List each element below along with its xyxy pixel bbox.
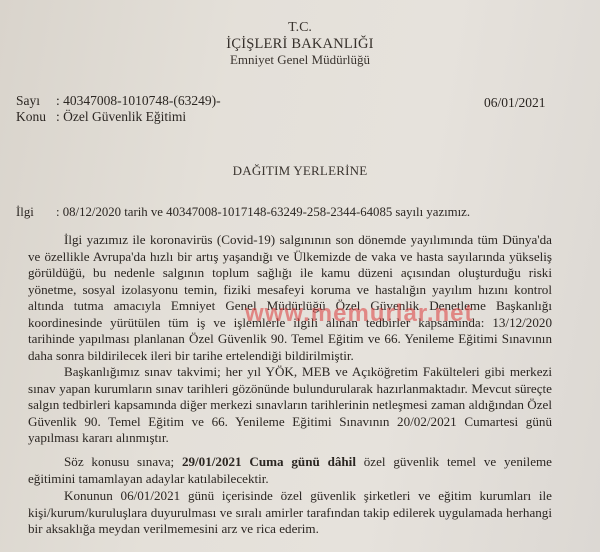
paragraph-3-text: Söz konusu sınava; 29/01/2021 Cuma günü … <box>28 454 552 487</box>
exam-eligibility-date: 29/01/2021 Cuma günü dâhil <box>182 454 356 469</box>
sayi-row: Sayı : 40347008-1010748-(63249)- <box>16 93 221 109</box>
sayi-label: Sayı <box>16 93 56 109</box>
document-meta: Sayı : 40347008-1010748-(63249)- Konu : … <box>16 93 221 125</box>
konu-row: Konu : Özel Güvenlik Eğitimi <box>16 109 221 125</box>
document-date: 06/01/2021 <box>484 95 546 111</box>
konu-label: Konu <box>16 109 56 125</box>
ilgi-value: : 08/12/2020 tarih ve 40347008-1017148-6… <box>56 205 470 220</box>
paragraph-1-text: İlgi yazımız ile koronavirüs (Covid-19) … <box>28 232 552 364</box>
paragraph-3-pre: Söz konusu sınava; <box>64 454 182 469</box>
document-page: T.C. İÇİŞLERİ BAKANLIĞI Emniyet Genel Mü… <box>0 0 600 552</box>
paragraph-4-text: Konunun 06/01/2021 günü içerisinde özel … <box>28 488 552 538</box>
ilgi-label: İlgi <box>16 205 56 220</box>
watermark: www.memurlar.net <box>245 300 474 328</box>
sayi-value: : 40347008-1010748-(63249)- <box>56 93 221 109</box>
header-tc: T.C. <box>0 20 600 36</box>
paragraph-2-text: Başkanlığımız sınav takvimi; her yıl YÖK… <box>28 364 552 447</box>
paragraph-2: Başkanlığımız sınav takvimi; her yıl YÖK… <box>28 364 552 447</box>
paragraph-4: Konunun 06/01/2021 günü içerisinde özel … <box>28 488 552 538</box>
konu-value: : Özel Güvenlik Eğitimi <box>56 109 186 125</box>
paragraph-3: Söz konusu sınava; 29/01/2021 Cuma günü … <box>28 454 552 487</box>
paragraph-1: İlgi yazımız ile koronavirüs (Covid-19) … <box>28 232 552 364</box>
reference-line: İlgi : 08/12/2020 tarih ve 40347008-1017… <box>16 205 470 220</box>
distribution-heading: DAĞITIM YERLERİNE <box>0 163 600 179</box>
header-ministry: İÇİŞLERİ BAKANLIĞI <box>0 36 600 52</box>
header-directorate: Emniyet Genel Müdürlüğü <box>0 52 600 68</box>
letterhead: T.C. İÇİŞLERİ BAKANLIĞI Emniyet Genel Mü… <box>0 20 600 68</box>
